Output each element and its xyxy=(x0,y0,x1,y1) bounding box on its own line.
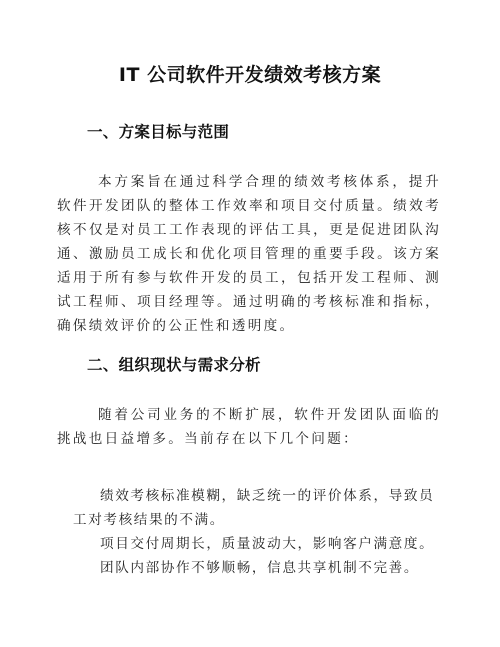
issue-item: 团队内部协作不够顺畅，信息共享机制不完善。 xyxy=(73,556,443,580)
section-status-paragraph: 随着公司业务的不断扩展，软件开发团队面临的挑战也日益增多。当前存在以下几个问题： xyxy=(57,403,441,451)
section-goals-paragraph: 本方案旨在通过科学合理的绩效考核体系，提升软件开发团队的整体工作效率和项目交付质… xyxy=(57,170,441,338)
issue-item: 绩效考核标准模糊，缺乏统一的评价体系，导致员工对考核结果的不满。 xyxy=(73,484,443,532)
document-title: IT 公司软件开发绩效考核方案 xyxy=(0,60,500,87)
document-page: IT 公司软件开发绩效考核方案 一、方案目标与范围 本方案旨在通过科学合理的绩效… xyxy=(0,0,500,647)
section-heading-goals-scope: 一、方案目标与范围 xyxy=(87,120,229,142)
issues-list: 绩效考核标准模糊，缺乏统一的评价体系，导致员工对考核结果的不满。 项目交付周期长… xyxy=(73,484,443,580)
issue-item: 项目交付周期长，质量波动大，影响客户满意度。 xyxy=(73,532,443,556)
section-heading-status-analysis: 二、组织现状与需求分析 xyxy=(87,353,261,375)
